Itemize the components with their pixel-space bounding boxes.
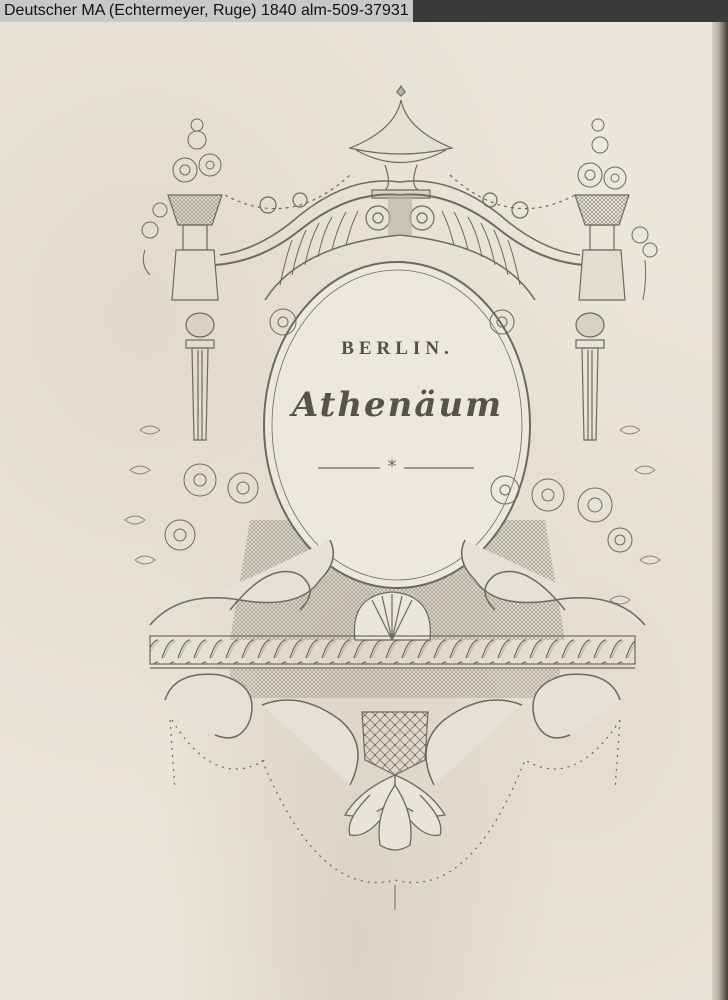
- engraved-ornamental-frame: [0, 0, 728, 1000]
- image-caption: Deutscher MA (Echtermeyer, Ruge) 1840 al…: [0, 0, 413, 22]
- oval-cartouche: [264, 262, 530, 588]
- left-garland: [225, 175, 350, 209]
- palmette: [345, 775, 445, 850]
- cover-title: Athenäum: [0, 385, 728, 425]
- asterisk-ornament-icon: *: [382, 456, 402, 477]
- cover-heading: BERLIN.: [0, 338, 728, 360]
- lattice-shield: [362, 712, 428, 775]
- rope-moulding: [150, 636, 635, 664]
- right-garland: [450, 175, 575, 209]
